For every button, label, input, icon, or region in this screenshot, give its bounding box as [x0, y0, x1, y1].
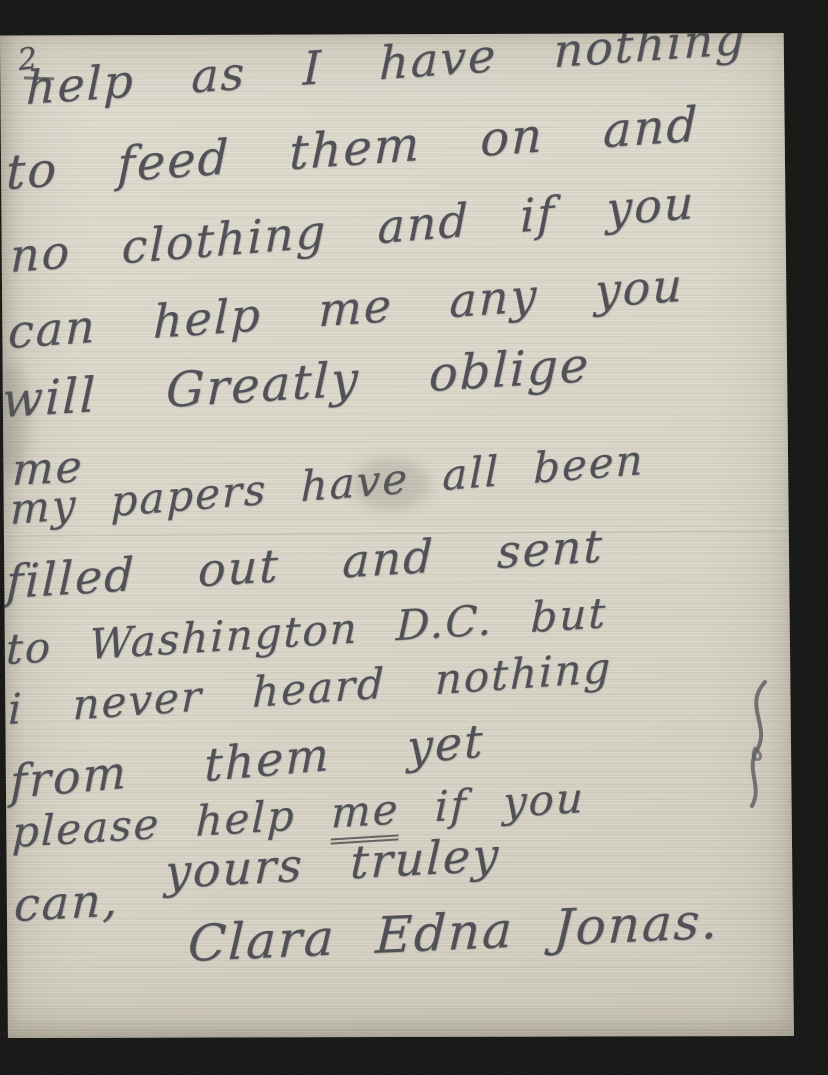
letter-page: 2 help as I have nothing — to feed them … — [0, 33, 794, 1038]
letter-line-13: can, — [13, 872, 120, 932]
pencil-smudge — [352, 458, 430, 510]
letter-line-7: my papers have all been — [10, 435, 645, 534]
signature: Clara Edna Jonas. — [187, 892, 721, 973]
photo-backdrop: 2 help as I have nothing — to feed them … — [0, 0, 828, 1075]
pen-flourish-stroke — [733, 678, 775, 810]
letter-line-1: help as I have nothing — — [26, 3, 828, 115]
line-text-after: if you — [399, 773, 586, 834]
